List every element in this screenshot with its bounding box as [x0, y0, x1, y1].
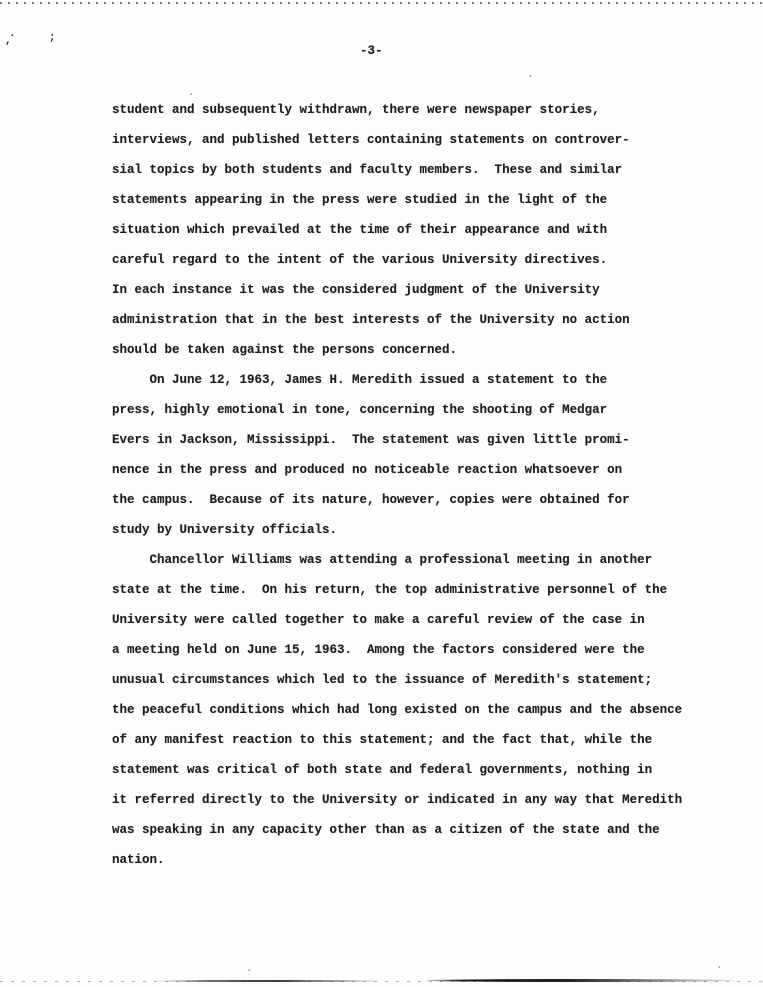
- paragraph-2: On June 12, 1963, James H. Meredith issu…: [112, 365, 712, 545]
- text-line: administration that in the best interest…: [112, 305, 712, 335]
- text-line: should be taken against the persons conc…: [112, 335, 712, 365]
- ink-speck: ,: [5, 36, 12, 47]
- text-line: the campus. Because of its nature, howev…: [112, 485, 712, 515]
- text-line: a meeting held on June 15, 1963. Among t…: [112, 635, 712, 665]
- ink-speck: .: [246, 964, 253, 975]
- scanned-document-page: . , ; . . . . -3- student and subsequent…: [0, 0, 763, 987]
- document-body: student and subsequently withdrawn, ther…: [112, 95, 712, 875]
- ink-speck: ;: [49, 33, 56, 44]
- text-line: it referred directly to the University o…: [112, 785, 712, 815]
- text-line: the peaceful conditions which had long e…: [112, 695, 712, 725]
- text-line: statements appearing in the press were s…: [112, 185, 712, 215]
- text-line: press, highly emotional in tone, concern…: [112, 395, 712, 425]
- paragraph-3: Chancellor Williams was attending a prof…: [112, 545, 712, 875]
- scan-artifact-bottom-streak-left: [155, 980, 380, 982]
- scan-artifact-bottom-streak-right: [425, 979, 735, 982]
- text-line: nence in the press and produced no notic…: [112, 455, 712, 485]
- text-line: In each instance it was the considered j…: [112, 275, 712, 305]
- text-line: sial topics by both students and faculty…: [112, 155, 712, 185]
- text-line: Evers in Jackson, Mississippi. The state…: [112, 425, 712, 455]
- text-line: student and subsequently withdrawn, ther…: [112, 95, 712, 125]
- text-line: state at the time. On his return, the to…: [112, 575, 712, 605]
- text-line: study by University officials.: [112, 515, 712, 545]
- ink-speck: .: [527, 70, 534, 81]
- page-number: -3-: [360, 44, 383, 58]
- text-line: University were called together to make …: [112, 605, 712, 635]
- ink-speck: .: [716, 961, 723, 972]
- text-line: Chancellor Williams was attending a prof…: [112, 545, 712, 575]
- text-line: of any manifest reaction to this stateme…: [112, 725, 712, 755]
- paragraph-1: student and subsequently withdrawn, ther…: [112, 95, 712, 365]
- text-line: statement was critical of both state and…: [112, 755, 712, 785]
- text-line: nation.: [112, 845, 712, 875]
- text-line: was speaking in any capacity other than …: [112, 815, 712, 845]
- scan-artifact-top-dotted-line: [0, 2, 763, 4]
- text-line: unusual circumstances which led to the i…: [112, 665, 712, 695]
- text-line: On June 12, 1963, James H. Meredith issu…: [112, 365, 712, 395]
- text-line: interviews, and published letters contai…: [112, 125, 712, 155]
- text-line: situation which prevailed at the time of…: [112, 215, 712, 245]
- text-line: careful regard to the intent of the vari…: [112, 245, 712, 275]
